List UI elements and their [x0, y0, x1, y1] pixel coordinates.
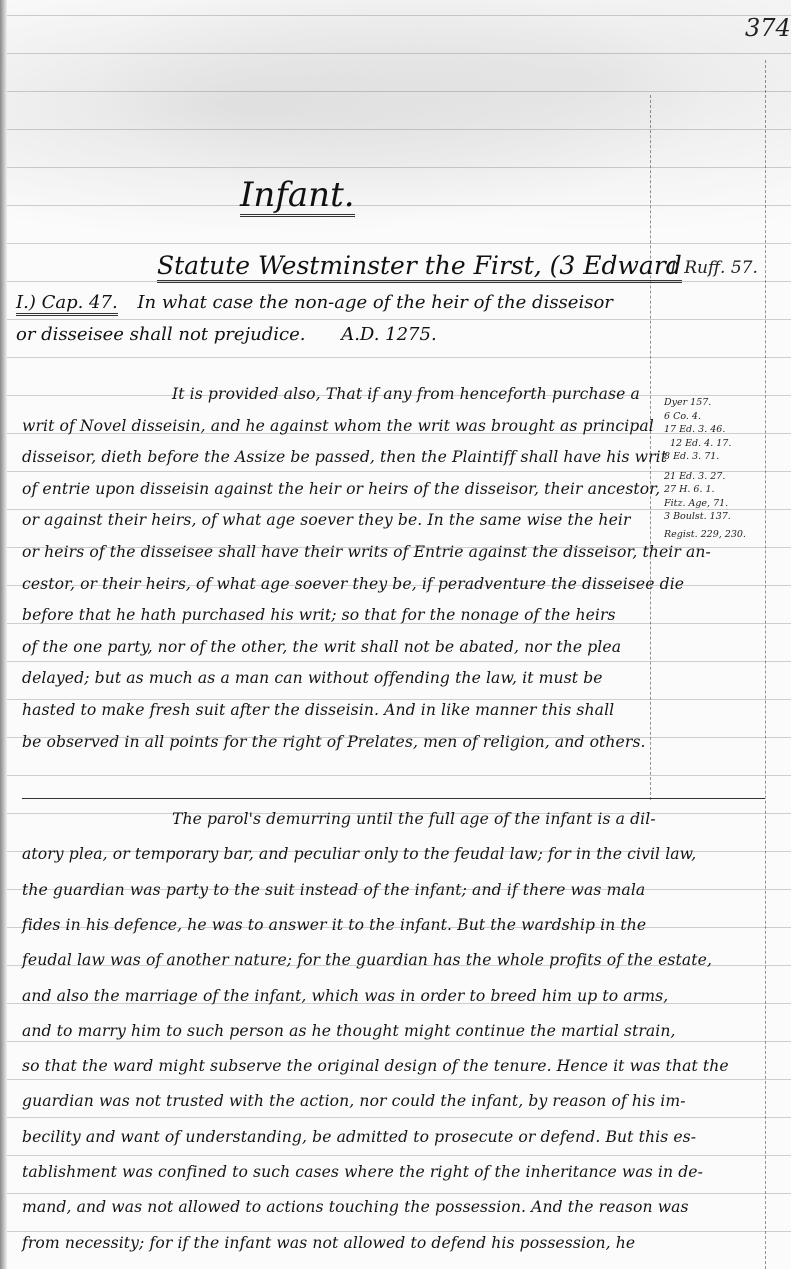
text-line: writ of Novel disseisin, and he against …: [22, 417, 654, 435]
text-line: and also the marriage of the infant, whi…: [22, 987, 668, 1005]
text-line: It is provided also, That if any from he…: [22, 385, 640, 403]
text-line: of the one party, nor of the other, the …: [22, 638, 621, 656]
statute-sub-text: or disseisee shall not prejudice.: [16, 324, 305, 345]
text-line: becility and want of understanding, be a…: [22, 1128, 696, 1146]
text-line: of entrie upon disseisin against the hei…: [22, 480, 660, 498]
text-line: disseisor, dieth before the Assize be pa…: [22, 448, 667, 466]
text-line: the guardian was party to the suit inste…: [22, 881, 645, 899]
statute-chapter-text: In what case the non-age of the heir of …: [137, 292, 612, 313]
text-line: be observed in all points for the right …: [22, 733, 646, 751]
text-line: mand, and was not allowed to actions tou…: [22, 1198, 689, 1216]
scan-noise: [0, 0, 791, 260]
text-line: tablishment was confined to such cases w…: [22, 1163, 703, 1181]
margin-reference: 21 Ed. 3. 27.: [664, 470, 746, 484]
margin-reference: Fitz. Age, 71.: [664, 497, 746, 511]
margin-reference: 3 Boulst. 137.: [664, 510, 746, 524]
page-number: 374: [745, 14, 791, 42]
margin-reference: 8 Ed. 3. 71.: [664, 450, 746, 464]
text-line: hasted to make fresh suit after the diss…: [22, 701, 614, 719]
text-line: from necessity; for if the infant was no…: [22, 1234, 635, 1252]
margin-reference: Regist. 229, 230.: [664, 528, 746, 542]
margin-reference: 12 Ed. 4. 17.: [664, 437, 746, 451]
margin-reference: 6 Co. 4.: [664, 410, 746, 424]
text-line: The parol's demurring until the full age…: [22, 810, 656, 828]
text-line: fides in his defence, he was to answer i…: [22, 916, 646, 934]
margin-reference: Dyer 157.: [664, 396, 746, 410]
manuscript-page: 374 Infant. Statute Westminster the Firs…: [0, 0, 791, 1269]
statute-heading: Statute Westminster the First, (3 Edward: [157, 252, 682, 283]
margin-rule-outer: [765, 60, 766, 1269]
text-line: guardian was not trusted with the action…: [22, 1092, 686, 1110]
text-line: and to marry him to such person as he th…: [22, 1022, 676, 1040]
section-divider: [22, 798, 765, 799]
text-line: so that the ward might subserve the orig…: [22, 1057, 729, 1075]
page-binding-edge: [0, 0, 7, 1269]
text-line: feudal law was of another nature; for th…: [22, 951, 712, 969]
text-line: or heirs of the disseisee shall have the…: [22, 543, 711, 561]
margin-reference: 17 Ed. 3. 46.: [664, 423, 746, 437]
page-title: Infant.: [240, 178, 355, 217]
text-line: or against their heirs, of what age soev…: [22, 511, 631, 529]
text-line: atory plea, or temporary bar, and peculi…: [22, 845, 696, 863]
text-line: before that he hath purchased his writ; …: [22, 606, 616, 624]
statute-chapter: I.) Cap. 47.: [16, 292, 118, 316]
statute-margin-reference: 1 Ruff. 57.: [668, 258, 758, 278]
statute-date: A.D. 1275.: [341, 324, 436, 345]
margin-reference: 27 H. 6. 1.: [664, 483, 746, 497]
statute-sub-line: or disseisee shall not prejudice. A.D. 1…: [16, 324, 437, 345]
margin-references: Dyer 157. 6 Co. 4. 17 Ed. 3. 46. 12 Ed. …: [664, 396, 746, 541]
statute-chapter-line: I.) Cap. 47. In what case the non-age of…: [16, 292, 613, 313]
text-line: cestor, or their heirs, of what age soev…: [22, 575, 684, 593]
text-line: delayed; but as much as a man can withou…: [22, 669, 603, 687]
